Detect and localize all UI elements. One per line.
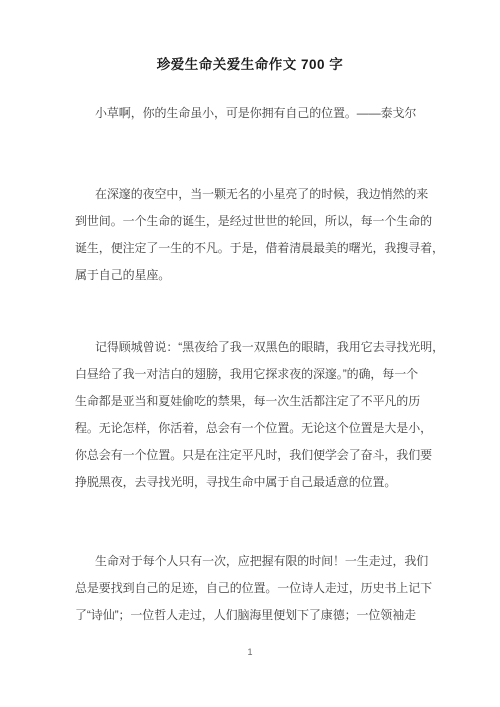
text-line: 程。无论怎样，你活着，总会有一个位置。无论这个位置是大是小， bbox=[75, 415, 444, 442]
text-line: 记得顾城曾说：“黑夜给了我一双黑色的眼睛，我用它去寻找光明， bbox=[75, 334, 444, 361]
text-line: 总是要找到自己的足迹，自己的位置。一位诗人走过，历史书上记下 bbox=[75, 575, 432, 602]
text-line: 诞生，便注定了一生的不凡。于是，借着清晨最美的曙光，我搜寻着， bbox=[75, 235, 444, 262]
text-line: 到世间。一个生命的诞生，是经过世世的轮回，所以，每一个生命的 bbox=[75, 208, 444, 235]
text-line: 小草啊，你的生命虽小，可是你拥有自己的位置。——泰戈尔 bbox=[75, 100, 416, 127]
paragraph-1: 在深邃的夜空中，当一颗无名的小星亮了的时候，我边悄然的来 到世间。一个生命的诞生… bbox=[75, 181, 444, 289]
page-title: 珍爱生命关爱生命作文 700 字 bbox=[0, 53, 500, 73]
paragraph-epigraph: 小草啊，你的生命虽小，可是你拥有自己的位置。——泰戈尔 bbox=[75, 100, 416, 127]
text-line: 生命对于每个人只有一次，应把握有限的时间！一生走过，我们 bbox=[75, 548, 432, 575]
text-line: 属于自己的星座。 bbox=[75, 262, 444, 289]
paragraph-3: 生命对于每个人只有一次，应把握有限的时间！一生走过，我们 总是要找到自己的足迹，… bbox=[75, 548, 432, 629]
document-page: 珍爱生命关爱生命作文 700 字 小草啊，你的生命虽小，可是你拥有自己的位置。—… bbox=[0, 0, 500, 707]
text-line: 挣脱黑夜，去寻找光明，寻找生命中属于自己最适意的位置。 bbox=[75, 469, 444, 496]
paragraph-2: 记得顾城曾说：“黑夜给了我一双黑色的眼睛，我用它去寻找光明， 白昼给了我一对洁白… bbox=[75, 334, 444, 496]
page-number: 1 bbox=[0, 647, 500, 657]
text-line: 你总会有一个位置。只是在注定平凡时，我们便学会了奋斗，我们要 bbox=[75, 442, 444, 469]
text-line: 白昼给了我一对洁白的翅膀，我用它探求夜的深邃。”的确，每一个 bbox=[75, 361, 444, 388]
text-line: 在深邃的夜空中，当一颗无名的小星亮了的时候，我边悄然的来 bbox=[75, 181, 444, 208]
text-line: 了“诗仙”；一位哲人走过，人们脑海里便划下了康德；一位领袖走 bbox=[75, 602, 432, 629]
text-line: 生命都是亚当和夏娃偷吃的禁果，每一次生活都注定了不平凡的历 bbox=[75, 388, 444, 415]
